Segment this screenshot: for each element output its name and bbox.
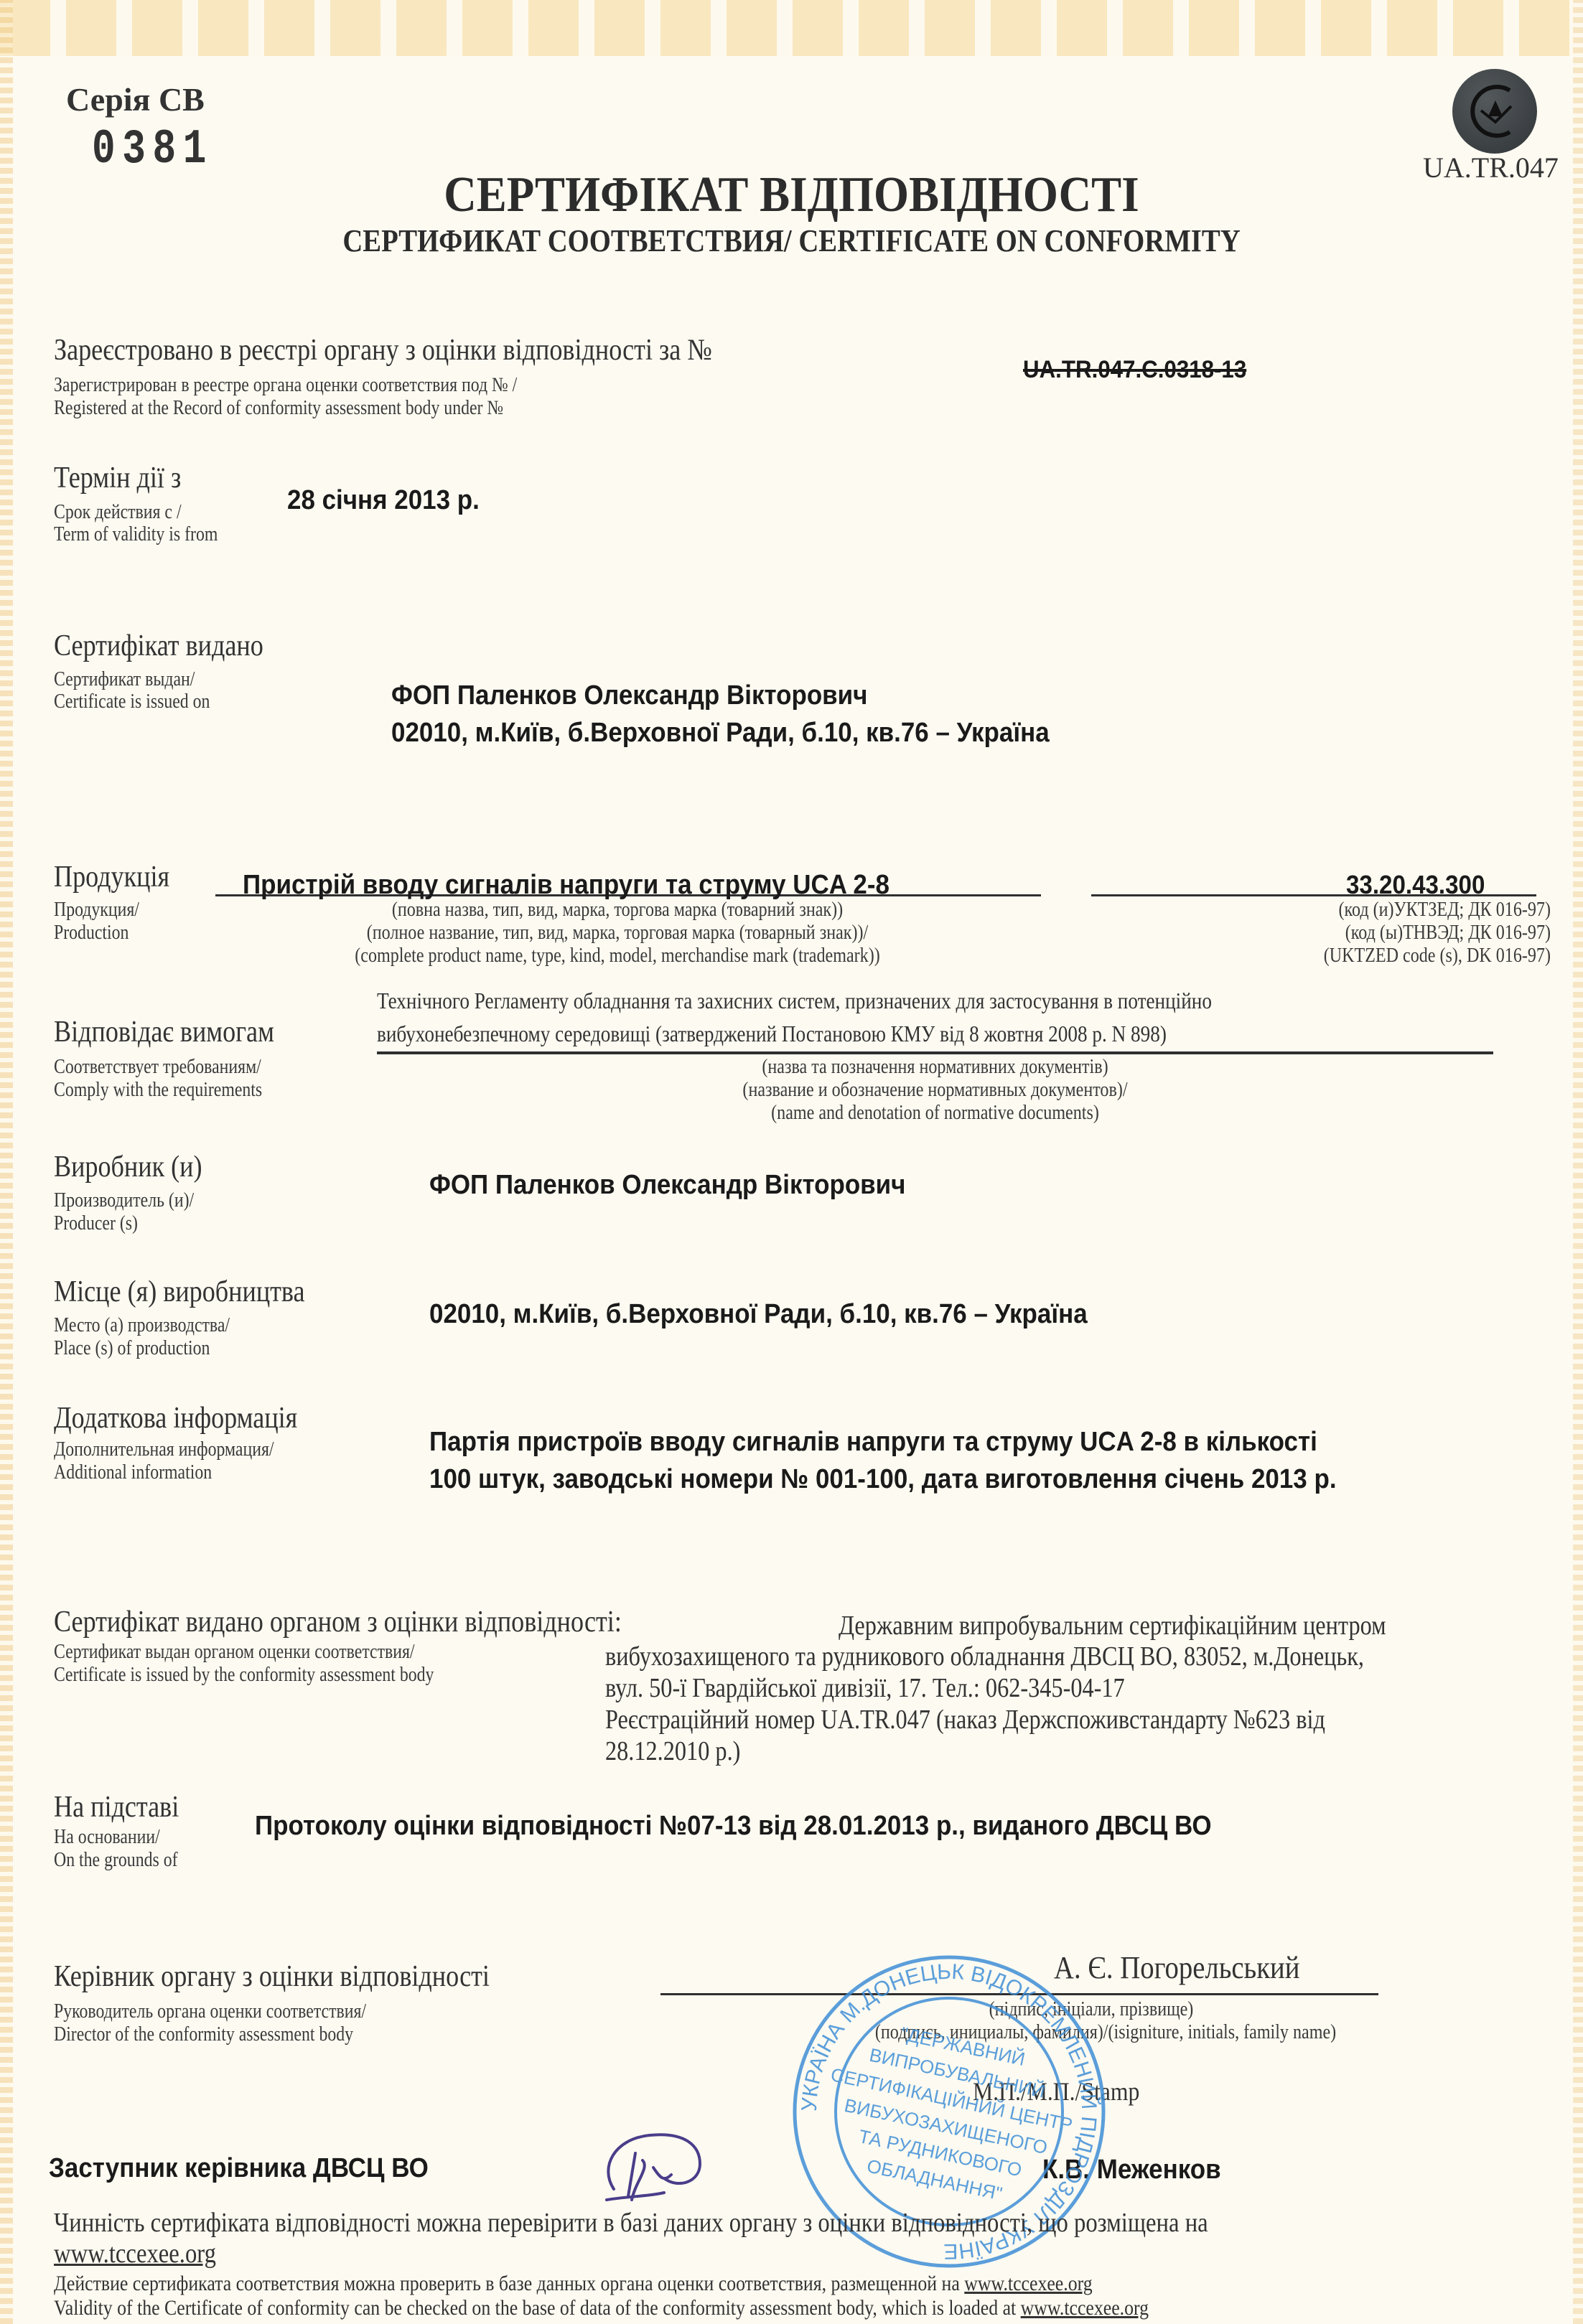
issued-to-label-ru: Сертификат выдан/ <box>54 668 195 691</box>
basis-label-ua: На підставі <box>54 1790 179 1824</box>
validity-label-en: Term of validity is from <box>54 523 218 546</box>
product-caption-en: (complete product name, type, kind, mode… <box>271 945 963 967</box>
product-code: 33.20.43.300 <box>1346 870 1485 900</box>
additional-text-line1: Партія пристроїв вводу сигналів напруги … <box>429 1427 1317 1458</box>
requirements-text-line2: вибухонебезпечному середовищі (затвердже… <box>377 1022 1167 1045</box>
product-label-en: Production <box>54 922 129 945</box>
producer-name: ФОП Паленков Олександр Вікторович <box>429 1170 905 1201</box>
requirements-label-en: Comply with the requirements <box>54 1079 262 1102</box>
footer-link-en[interactable]: www.tccexee.org <box>1021 2296 1149 2320</box>
production-place-label-en: Place (s) of production <box>54 1337 210 1360</box>
requirements-underline <box>377 1051 1493 1054</box>
production-place-label-ru: Место (а) производства/ <box>54 1314 230 1337</box>
product-code-caption-en: (UKTZED code (s), DK 016-97) <box>1266 945 1551 967</box>
issued-to-label-ua: Сертифікат видано <box>54 629 263 663</box>
certificate-subtitle: СЕРТИФИКАТ СООТВЕТСТВИЯ/ CERTIFICATE ON … <box>95 222 1488 259</box>
product-code-caption-ru: (код (ы)ТНВЭД; ДК 016-97) <box>1266 922 1551 945</box>
additional-label-ru: Дополнительная информация/ <box>54 1438 274 1461</box>
issued-to-name: ФОП Паленков Олександр Вікторович <box>391 680 867 711</box>
issuing-body-line3: вул. 50-ї Гвардійської дивізії, 17. Тел.… <box>605 1673 1125 1703</box>
production-place-address: 02010, м.Київ, б.Верховної Ради, б.10, к… <box>429 1299 1088 1330</box>
issuing-body-line5: 28.12.2010 р.) <box>605 1736 740 1766</box>
registration-number: UA.TR.047.C.0318-13 <box>1023 356 1246 384</box>
requirements-caption-ru: (название и обозначение нормативных доку… <box>455 1079 1415 1102</box>
ukraine-conformity-mark-icon <box>1452 69 1537 154</box>
issuing-body-label-ua: Сертифікат видано органом з оцінки відпо… <box>54 1605 622 1639</box>
requirements-label-ua: Відповідає вимогам <box>54 1015 274 1049</box>
basis-label-en: On the grounds of <box>54 1849 178 1872</box>
certificate-title: СЕРТИФІКАТ ВІДПОВІДНОСТІ <box>79 167 1504 224</box>
issued-to-address: 02010, м.Київ, б.Верховної Ради, б.10, к… <box>391 718 1050 749</box>
requirements-text-line1: Технічного Регламенту обладнання та захи… <box>377 989 1212 1012</box>
footer-text-en: Validity of the Certificate of conformit… <box>54 2296 1021 2320</box>
issued-to-label-en: Certificate is issued on <box>54 690 210 713</box>
additional-text-line2: 100 штук, заводські номери № 001-100, да… <box>429 1464 1337 1495</box>
registration-label-ua: Зареєстровано в реєстрі органу з оцінки … <box>54 333 712 367</box>
additional-label-ua: Додаткова інформація <box>54 1401 297 1435</box>
issuing-body-line4: Реєстраційний номер UA.TR.047 (наказ Дер… <box>605 1705 1325 1735</box>
decorative-border-right <box>1573 0 1583 2324</box>
registration-label-en: Registered at the Record of conformity a… <box>54 397 503 420</box>
issuing-body-label-en: Certificate is issued by the conformity … <box>54 1664 434 1687</box>
director-label-en: Director of the conformity assessment bo… <box>54 2023 353 2046</box>
product-name: Пристрій вводу сигналів напруги та струм… <box>243 870 889 901</box>
issuing-body-line1: Державним випробувальним сертифікаційним… <box>839 1611 1386 1641</box>
production-place-label-ua: Місце (я) виробництва <box>54 1275 305 1309</box>
decorative-border-top <box>0 0 1583 56</box>
footer-link-ua[interactable]: www.tccexee.org <box>54 2238 216 2269</box>
additional-label-en: Additional information <box>54 1461 212 1484</box>
validity-label-ru: Срок действия с / <box>54 501 182 524</box>
director-label-ru: Руководитель органа оценки соответствия/ <box>54 2000 366 2023</box>
basis-text: Протоколу оцінки відповідності №07-13 ві… <box>255 1811 1212 1842</box>
issuing-body-line2: вибухозахищеного та рудникового обладнан… <box>605 1641 1364 1672</box>
product-label-ru: Продукция/ <box>54 899 139 922</box>
registration-label-ru: Зарегистрирован в реестре органа оценки … <box>54 374 517 397</box>
producer-label-ru: Производитель (и)/ <box>54 1189 194 1212</box>
validity-label-ua: Термін дії з <box>54 461 181 495</box>
producer-label-ua: Виробник (и) <box>54 1150 202 1184</box>
requirements-label-ru: Соответствует требованиям/ <box>54 1056 261 1079</box>
producer-label-en: Producer (s) <box>54 1212 138 1235</box>
product-caption-ru: (полное название, тип, вид, марка, торго… <box>271 922 963 945</box>
handwritten-signature-icon <box>592 2124 750 2211</box>
product-label-ua: Продукція <box>54 860 169 894</box>
product-code-caption-ua: (код (и)УКТЗЕД; ДК 016-97) <box>1266 899 1551 922</box>
footer-link-ru[interactable]: www.tccexee.org <box>964 2272 1092 2295</box>
requirements-caption-en: (name and denotation of normative docume… <box>455 1102 1415 1125</box>
footer-line-en: Validity of the Certificate of conformit… <box>54 2296 1149 2320</box>
footer-line-ru: Действие сертификата соответствия можна … <box>54 2272 1093 2296</box>
director-label-ua: Керівник органу з оцінки відповідності <box>54 1959 490 1994</box>
footer-line-ua: Чинність сертифіката відповідності можна… <box>54 2207 1208 2239</box>
decorative-border-left <box>0 0 13 2324</box>
validity-date: 28 січня 2013 р. <box>287 485 480 516</box>
issuing-body-label-ru: Сертификат выдан органом оценки соответс… <box>54 1641 415 1664</box>
deputy-label: Заступник керівника ДВСЦ ВО <box>49 2153 429 2184</box>
basis-label-ru: На основании/ <box>54 1826 160 1849</box>
series-label: Серія СВ <box>66 80 205 118</box>
footer-text-ru: Действие сертификата соответствия можна … <box>54 2272 964 2295</box>
requirements-caption-ua: (назва та позначення нормативних докумен… <box>455 1056 1415 1079</box>
product-caption-ua: (повна назва, тип, вид, марка, торгова м… <box>271 899 963 922</box>
